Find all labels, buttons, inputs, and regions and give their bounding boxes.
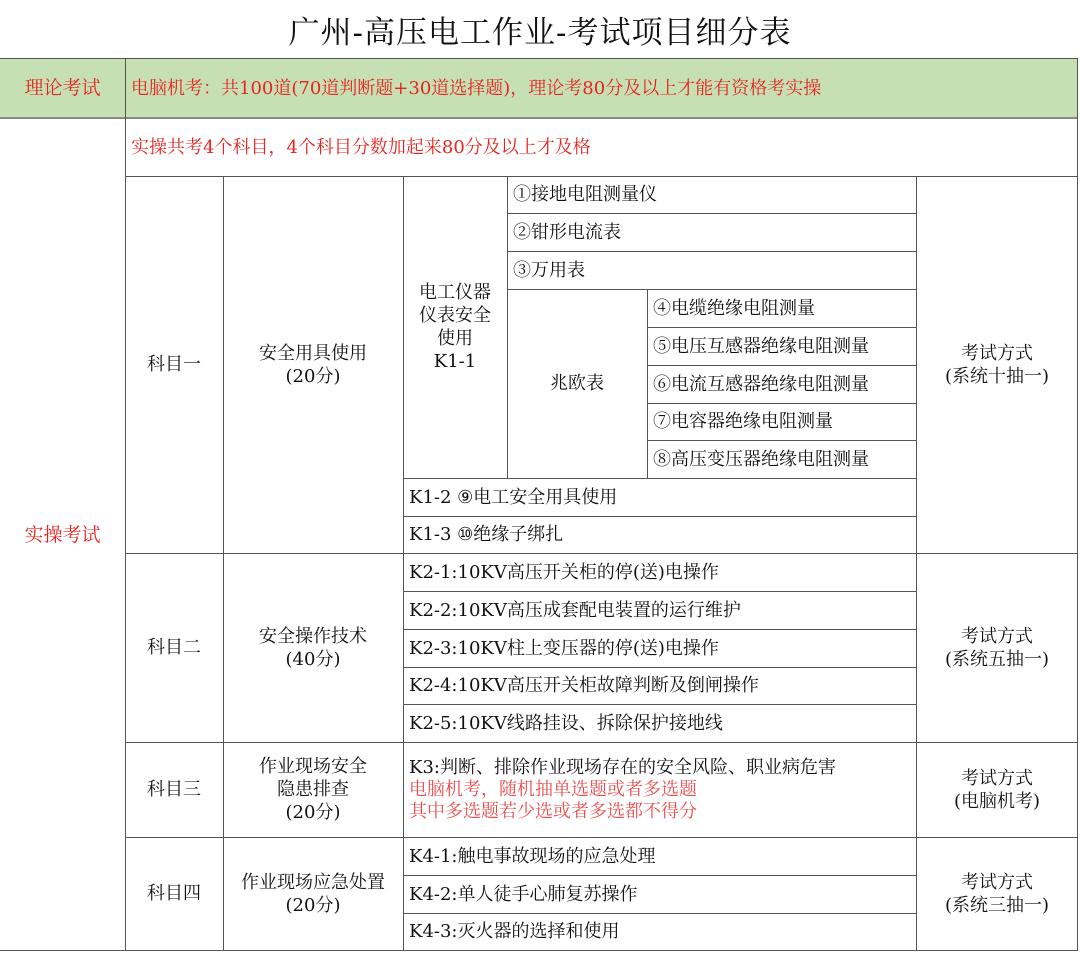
subject-2-item-2: K2-2:10KV高压成套配电装置的运行维护 [403,591,916,629]
grid-line [647,365,916,366]
grid-line [403,667,916,668]
instrument-group-line-1: 电工仪器 [419,281,491,304]
instrument-group-line-3: 使用 [437,327,473,350]
grid-line [125,176,1078,177]
grid-line [647,289,648,478]
subject-3-topic: 作业现场安全 隐患排查 (20分) [223,742,403,837]
grid-line [403,629,916,630]
subject-2-item-4: K2-4:10KV高压开关柜故障判断及倒闸操作 [403,667,916,704]
grid-line [0,58,1078,59]
subject-2-item-5: K2-5:10KV线路挂设、拆除保护接地线 [403,704,916,742]
grid-line [507,289,916,290]
subject-2-topic-title: 安全操作技术 [259,625,367,648]
subject-2-item-3: K2-3:10KV柱上变压器的停(送)电操作 [403,629,916,667]
instrument-item-3: ③万用表 [507,251,916,289]
subject-3-name: 科目三 [125,742,223,837]
subject-3-note-2: 其中多选题若少选或者多选都不得分 [409,801,697,823]
instrument-item-2: ②钳形电流表 [507,213,916,251]
subject-2-score: (40分) [286,648,341,671]
grid-line [125,553,1078,554]
instrument-group-label: 电工仪器 仪表安全 使用 K1-1 [403,176,507,478]
subject-3-topic-line-2: 隐患排查 [277,778,349,801]
grid-line [403,516,916,517]
grid-line [647,440,916,441]
subject-1-score: (20分) [286,365,341,388]
subject-2-method: 考试方式 (系统五抽一) [916,553,1078,742]
megger-item-8: ⑧高压变压器绝缘电阻测量 [647,440,916,478]
subject-2-item-1: K2-1:10KV高压开关柜的停(送)电操作 [403,553,916,591]
instrument-group-code: K1-1 [434,350,476,373]
grid-line [507,251,916,252]
subject-2-name: 科目二 [125,553,223,742]
subject-4-name: 科目四 [125,837,223,950]
subject-4-method-value: (系统三抽一) [945,894,1049,917]
grid-line [1077,58,1078,950]
subject-1-topic: 安全用具使用 (20分) [223,176,403,553]
subject-3-topic-line-1: 作业现场安全 [259,755,367,778]
grid-line [647,403,916,404]
grid-line [403,591,916,592]
megger-item-7: ⑦电容器绝缘电阻测量 [647,403,916,440]
subject-4-method-label: 考试方式 [961,871,1033,894]
subject-1-topic-title: 安全用具使用 [259,342,367,365]
instrument-item-1: ①接地电阻测量仪 [507,176,916,213]
subject-3-item: K3:判断、排除作业现场存在的安全风险、职业病危害 [409,757,836,779]
subject-3-method: 考试方式 (电脑机考) [916,742,1078,837]
megger-item-4: ④电缆绝缘电阻测量 [647,289,916,327]
grid-line [403,704,916,705]
subject-2-method-value: (系统五抽一) [945,648,1049,671]
subject-3-score: (20分) [286,801,341,824]
grid-line [507,176,508,478]
subject-3-method-label: 考试方式 [961,767,1033,790]
grid-line [0,950,1078,951]
grid-line [125,742,1078,743]
grid-line [403,913,916,914]
subject-3-note-1: 电脑机考，随机抽单选题或者多选题 [409,779,697,801]
grid-line [0,117,1078,119]
grid-line [403,176,404,950]
grid-line [403,478,916,479]
grid-line [125,58,126,950]
grid-line [223,176,224,950]
subject-4-item-2: K4-2:单人徒手心肺复苏操作 [403,875,916,913]
instrument-group-line-2: 仪表安全 [419,304,491,327]
subject-4-score: (20分) [286,894,341,917]
megger-item-5: ⑤电压互感器绝缘电阻测量 [647,327,916,365]
subject-2-method-label: 考试方式 [961,625,1033,648]
subject-3-method-value: (电脑机考) [954,790,1040,813]
practical-label: 实操考试 [0,510,125,560]
page-title: 广州-高压电工作业-考试项目细分表 [0,0,1080,58]
subject-4-topic-title: 作业现场应急处置 [241,871,385,894]
theory-description: 电脑机考：共100道(70道判断题+30道选择题)，理论考80分及以上才能有资格… [125,58,1078,118]
subject-1-method: 考试方式 (系统十抽一) [916,176,1078,553]
subject-2-topic: 安全操作技术 (40分) [223,553,403,742]
subject-4-method: 考试方式 (系统三抽一) [916,837,1078,950]
grid-line [916,176,917,950]
subject-1-method-value: (系统十抽一) [945,365,1049,388]
grid-line [507,213,916,214]
grid-line [647,327,916,328]
subject-4-item-3: K4-3:灭火器的选择和使用 [403,913,916,950]
theory-label: 理论考试 [0,58,125,118]
subject-1-item-k1-3: K1-3 ⑩绝缘子绑扎 [403,516,916,553]
subject-4-topic: 作业现场应急处置 (20分) [223,837,403,950]
subject-1-name: 科目一 [125,176,223,553]
grid-line [403,875,916,876]
subject-3-detail: K3:判断、排除作业现场存在的安全风险、职业病危害 电脑机考，随机抽单选题或者多… [403,742,916,837]
grid-line [125,837,1078,838]
practical-summary: 实操共考4个科目，4个科目分数加起来80分及以上才及格 [125,118,1078,176]
subject-1-item-k1-2: K1-2 ⑨电工安全用具使用 [403,478,916,516]
megger-label: 兆欧表 [507,289,647,478]
subject-4-item-1: K4-1:触电事故现场的应急处理 [403,837,916,875]
subject-1-method-label: 考试方式 [961,342,1033,365]
megger-item-6: ⑥电流互感器绝缘电阻测量 [647,365,916,403]
